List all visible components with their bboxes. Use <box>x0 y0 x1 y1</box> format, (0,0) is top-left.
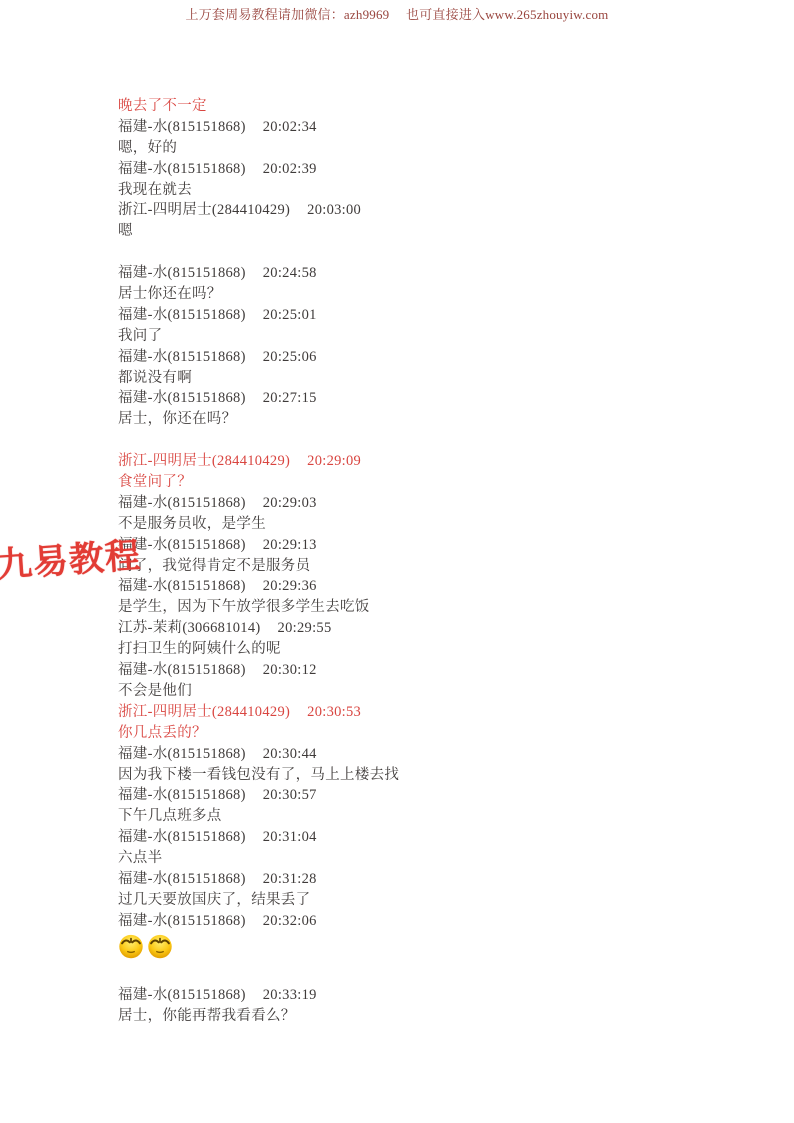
message-timestamp: 20:02:39 <box>263 161 317 177</box>
speaker-name: 福建-水(815151868) <box>118 495 246 511</box>
chat-speaker-line: 浙江-四明居士(284410429)20:03:00 <box>118 200 718 221</box>
message-timestamp: 20:29:09 <box>307 453 361 469</box>
chat-speaker-line: 福建-水(815151868)20:02:34 <box>118 117 718 138</box>
message-timestamp: 20:29:03 <box>263 495 317 511</box>
speaker-name: 福建-水(815151868) <box>118 787 246 803</box>
message-timestamp: 20:03:00 <box>307 202 361 218</box>
speaker-name: 福建-水(815151868) <box>118 119 246 135</box>
chat-message-line: 嗯，好的 <box>118 138 718 159</box>
chat-blank-line <box>118 242 718 263</box>
speaker-name: 福建-水(815151868) <box>118 349 246 365</box>
page-header-promo-text: 上万套周易教程请加微信：azh9969 也可直接进入www.265zhouyiw… <box>0 4 794 23</box>
chat-speaker-line: 江苏-茉莉(306681014)20:29:55 <box>118 618 718 639</box>
chat-highlight-line: 晚去了不一定 <box>118 96 718 117</box>
message-timestamp: 20:29:55 <box>278 620 332 636</box>
speaker-name: 浙江-四明居士(284410429) <box>118 704 290 720</box>
message-timestamp: 20:30:44 <box>263 746 317 762</box>
chat-message-line: 我现在就去 <box>118 180 718 201</box>
chat-message-line: 居士，你还在吗？ <box>118 409 718 430</box>
chat-highlight-line: 你几点丢的？ <box>118 723 718 744</box>
chat-speaker-line: 福建-水(815151868)20:27:15 <box>118 388 718 409</box>
message-timestamp: 20:33:19 <box>263 987 317 1003</box>
message-timestamp: 20:31:04 <box>263 829 317 845</box>
chat-message-line: 是学生，因为下午放学很多学生去吃饭 <box>118 597 718 618</box>
chat-message-line: 打扫卫生的阿姨什么的呢 <box>118 639 718 660</box>
message-timestamp: 20:31:28 <box>263 871 317 887</box>
chat-speaker-line: 福建-水(815151868)20:29:36 <box>118 576 718 597</box>
chat-message-line: 居士你还在吗？ <box>118 284 718 305</box>
chat-speaker-line: 福建-水(815151868)20:29:03 <box>118 493 718 514</box>
message-timestamp: 20:30:53 <box>307 704 361 720</box>
chat-speaker-line: 福建-水(815151868)20:25:01 <box>118 305 718 326</box>
speaker-name: 福建-水(815151868) <box>118 746 246 762</box>
message-timestamp: 20:29:13 <box>263 537 317 553</box>
chat-message-line: 因为我下楼一看钱包没有了，马上上楼去找 <box>118 765 718 786</box>
speaker-name: 福建-水(815151868) <box>118 871 246 887</box>
chat-speaker-line: 浙江-四明居士(284410429)20:29:09 <box>118 451 718 472</box>
chat-message-line: 不会是他们 <box>118 681 718 702</box>
chat-message-line: 嗯 <box>118 221 718 242</box>
message-timestamp: 20:24:58 <box>263 265 317 281</box>
chat-speaker-line: 福建-水(815151868)20:30:44 <box>118 744 718 765</box>
chat-speaker-line: 福建-水(815151868)20:02:39 <box>118 159 718 180</box>
chat-speaker-line: 福建-水(815151868)20:31:04 <box>118 827 718 848</box>
speaker-name: 福建-水(815151868) <box>118 307 246 323</box>
chat-emoji-line <box>118 932 718 972</box>
speaker-name: 江苏-茉莉(306681014) <box>118 620 261 636</box>
chat-message-line: 居士，你能再帮我看看么？ <box>118 1006 718 1027</box>
speaker-name: 浙江-四明居士(284410429) <box>118 202 290 218</box>
chat-blank-line <box>118 972 718 985</box>
chat-message-line: 问了，我觉得肯定不是服务员 <box>118 556 718 577</box>
speaker-name: 福建-水(815151868) <box>118 829 246 845</box>
chat-speaker-line: 福建-水(815151868)20:30:57 <box>118 785 718 806</box>
message-timestamp: 20:32:06 <box>263 913 317 929</box>
chat-message-line: 不是服务员收，是学生 <box>118 514 718 535</box>
chat-message-line: 我问了 <box>118 326 718 347</box>
chat-message-line: 过几天要放国庆了，结果丢了 <box>118 890 718 911</box>
chat-speaker-line: 福建-水(815151868)20:29:13 <box>118 535 718 556</box>
chat-speaker-line: 福建-水(815151868)20:31:28 <box>118 869 718 890</box>
chat-message-line: 都说没有啊 <box>118 368 718 389</box>
message-timestamp: 20:25:01 <box>263 307 317 323</box>
message-timestamp: 20:02:34 <box>263 119 317 135</box>
speaker-name: 福建-水(815151868) <box>118 987 246 1003</box>
chat-speaker-line: 福建-水(815151868)20:33:19 <box>118 985 718 1006</box>
chat-blank-line <box>118 430 718 451</box>
message-timestamp: 20:29:36 <box>263 578 317 594</box>
chat-speaker-line: 福建-水(815151868)20:25:06 <box>118 347 718 368</box>
chat-highlight-line: 食堂问了？ <box>118 472 718 493</box>
qq-grimace-emoji-icon <box>147 933 173 959</box>
speaker-name: 福建-水(815151868) <box>118 265 246 281</box>
message-timestamp: 20:30:12 <box>263 662 317 678</box>
chat-message-line: 下午几点班多点 <box>118 806 718 827</box>
speaker-name: 福建-水(815151868) <box>118 578 246 594</box>
speaker-name: 福建-水(815151868) <box>118 913 246 929</box>
chat-log: 晚去了不一定福建-水(815151868)20:02:34嗯，好的福建-水(81… <box>118 96 718 1026</box>
speaker-name: 福建-水(815151868) <box>118 161 246 177</box>
qq-grimace-emoji-icon <box>118 933 144 959</box>
chat-speaker-line: 福建-水(815151868)20:30:12 <box>118 660 718 681</box>
chat-speaker-line: 福建-水(815151868)20:24:58 <box>118 263 718 284</box>
watermark-text: 九易教程 <box>0 528 142 588</box>
speaker-name: 福建-水(815151868) <box>118 390 246 406</box>
speaker-name: 浙江-四明居士(284410429) <box>118 453 290 469</box>
message-timestamp: 20:25:06 <box>263 349 317 365</box>
message-timestamp: 20:27:15 <box>263 390 317 406</box>
chat-message-line: 六点半 <box>118 848 718 869</box>
message-timestamp: 20:30:57 <box>263 787 317 803</box>
speaker-name: 福建-水(815151868) <box>118 662 246 678</box>
chat-speaker-line: 福建-水(815151868)20:32:06 <box>118 911 718 932</box>
chat-speaker-line: 浙江-四明居士(284410429)20:30:53 <box>118 702 718 723</box>
